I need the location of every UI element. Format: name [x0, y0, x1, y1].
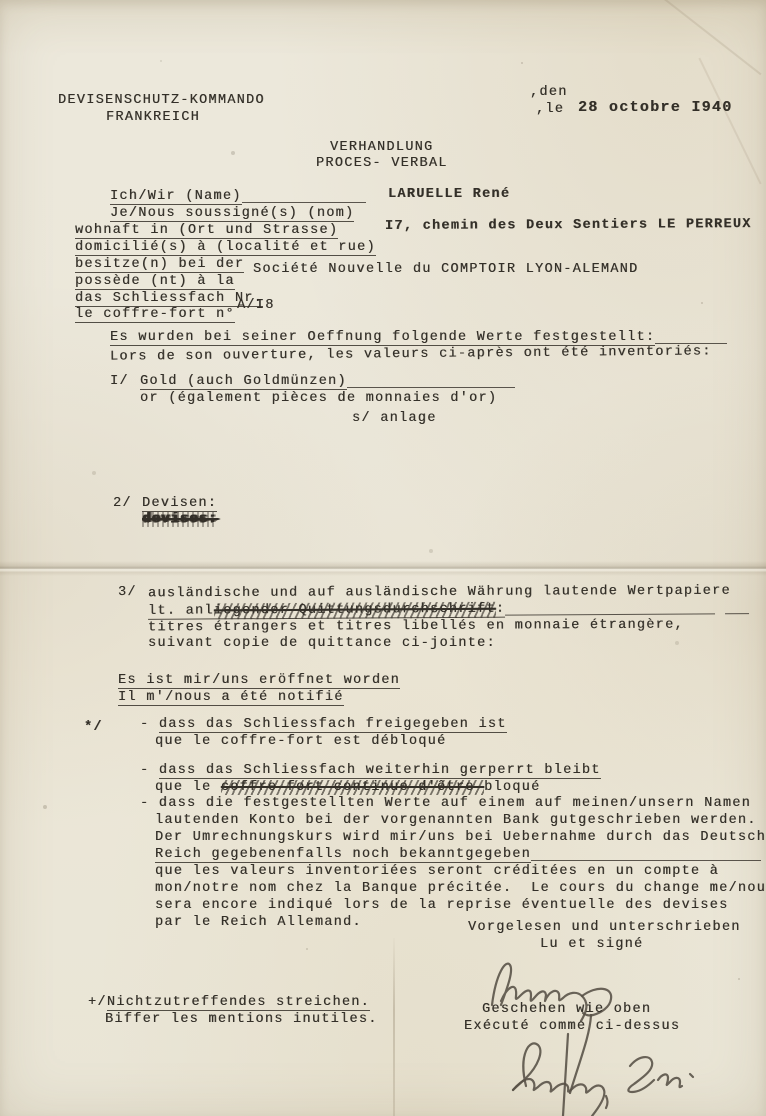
item-devisen-de: Devisen: — [142, 496, 217, 512]
footnote-de-wrap: +/Nichtzutreffendes streichen. — [88, 994, 370, 1011]
option-credit-fr-line1: que les valeurs inventoriées seront créd… — [155, 863, 719, 880]
item-gold-de: Gold (auch Goldmünzen) — [140, 374, 347, 390]
footnote-fr: Biffer les mentions inutiles. — [105, 1011, 378, 1028]
field-value-bank: Société Nouvelle du COMPTOIR LYON-ALEMAN… — [253, 261, 638, 278]
field-label-name-fr-wrap: Je/Nous soussigné(s) (nom) — [110, 205, 354, 222]
blank-underline — [531, 852, 761, 861]
field-label-bank-fr-wrap: possède (nt) à la — [75, 273, 235, 290]
blank-underline — [505, 605, 715, 615]
option-blocked-fr-struck: coffre-fort continue d'être — [221, 780, 484, 795]
option-credit-fr-line2: mon/notre nom chez la Banque précitée. L… — [155, 880, 766, 897]
date-label-de: ,den — [530, 84, 568, 101]
option-credit-de-line4: Reich gegebenenfalls noch bekanntgegeben — [155, 847, 531, 863]
securities-line2-prefix: lt. anl — [148, 603, 214, 619]
document-page: DEVISENSCHUTZ-KOMMANDO FRANKREICH ,den ,… — [0, 0, 766, 1116]
document-title-fr: PROCES- VERBAL — [316, 155, 448, 172]
option-blocked-fr-suffix: bloqué — [484, 780, 540, 795]
margin-marker: */ — [84, 719, 103, 736]
field-label-address-de: wohnaft in (Ort und Strasse) — [75, 223, 338, 239]
notification-fr-wrap: Il m'/nous a été notifié — [118, 689, 344, 706]
signature-official — [480, 1032, 720, 1116]
document-title-de: VERHANDLUNG — [330, 139, 433, 156]
securities-line2-colon: : — [496, 602, 506, 618]
option-blocked-de-wrap: - dass das Schliessfach weiterhin gerper… — [140, 762, 601, 779]
field-label-bank-fr: possède (nt) à la — [75, 274, 235, 290]
item-securities-fr-line2: suivant copie de quittance ci-jointe: — [148, 635, 496, 652]
field-label-name: Ich/Wir (Name) — [110, 188, 366, 205]
notification-de: Es ist mir/uns eröffnet worden — [118, 673, 400, 689]
option-released-de-wrap: - dass das Schliessfach freigegeben ist — [140, 716, 507, 733]
org-name-line2: FRANKREICH — [106, 109, 200, 126]
item-devisen-fr-struck-wrap: devises: — [142, 511, 217, 528]
field-label-box-fr-wrap: le coffre-fort n° — [75, 306, 235, 323]
option-blocked-fr-prefix: que le — [155, 780, 221, 795]
date-label-fr: ,le — [536, 101, 564, 118]
option-released-de: dass das Schliessfach freigegeben ist — [159, 717, 507, 733]
option-blocked-dash: - — [140, 763, 159, 778]
field-label-bank-de-wrap: besitze(n) bei der — [75, 256, 244, 273]
footnote-de: Nichtzutreffendes streichen. — [107, 995, 370, 1011]
field-label-box-de: das Schliessfach Nr. — [75, 291, 263, 307]
item-gold-de-wrap: Gold (auch Goldmünzen) — [140, 373, 515, 390]
notification-de-wrap: Es ist mir/uns eröffnet worden — [118, 672, 400, 689]
document-date: 28 octobre I940 — [578, 99, 733, 116]
blank-underline — [242, 194, 366, 203]
field-label-address-fr-wrap: domicilié(s) à (localité et rue) — [75, 239, 376, 256]
option-released-dash: - — [140, 717, 159, 732]
notification-fr: Il m'/nous a été notifié — [118, 690, 344, 706]
blank-underline — [347, 379, 515, 388]
field-value-box-number: A/I8 — [237, 297, 275, 314]
item-securities-number: 3/ — [118, 584, 137, 601]
option-credit-de-line2: lautenden Konto bei der vorgenannten Ban… — [155, 812, 757, 829]
item-gold-number: I/ — [110, 373, 129, 390]
field-label-address-de-wrap: wohnaft in (Ort und Strasse) — [75, 222, 338, 239]
item-devisen-fr-struck: devises: — [142, 512, 217, 527]
read-signed-de: Vorgelesen und unterschrieben — [468, 919, 741, 936]
opening-statement-fr: Lors de son ouverture, les valeurs ci-ap… — [110, 343, 712, 365]
executed-de: Geschehen wie oben — [482, 1001, 651, 1018]
org-name-line1: DEVISENSCHUTZ-KOMMANDO — [58, 92, 265, 109]
item-devisen-number: 2/ — [113, 495, 132, 512]
item-securities-fr-line1: titres étrangers et titres libellés en m… — [148, 617, 684, 637]
option-blocked-de: dass das Schliessfach weiterhin gerperrt… — [159, 763, 601, 779]
field-label-box-de-wrap: das Schliessfach Nr. — [75, 290, 263, 307]
option-released-fr: que le coffre-fort est débloqué — [155, 733, 446, 750]
field-value-address: I7, chemin des Deux Sentiers LE PERREUX — [385, 216, 752, 235]
paper-crease-diagonal — [618, 0, 761, 75]
field-label-box-fr: le coffre-fort n° — [75, 307, 235, 323]
field-value-name: LARUELLE René — [388, 186, 510, 203]
option-credit-de-line4-wrap: Reich gegebenenfalls noch bekanntgegeben — [155, 846, 761, 863]
field-label-address-fr: domicilié(s) à (localité et rue) — [75, 240, 376, 256]
option-credit-de-line1: - dass die festgestellten Werte auf eine… — [140, 795, 751, 812]
item-devisen-de-wrap: Devisen: — [142, 495, 217, 512]
paper-specks — [0, 0, 2, 2]
footnote-marker: +/ — [88, 995, 107, 1010]
paper-crease-vertical — [393, 938, 395, 1116]
option-credit-de-line3: Der Umrechnungskurs wird mir/uns bei Ueb… — [155, 829, 766, 846]
option-credit-fr-line3: sera encore indiqué lors de la reprise é… — [155, 897, 728, 914]
paper-crease-diagonal — [698, 58, 761, 185]
paper-fold-crease — [0, 561, 766, 576]
blank-underline — [725, 605, 749, 614]
annex-note: s/ anlage — [352, 410, 437, 427]
option-blocked-fr: que le coffre-fort continue d'être bloqu… — [155, 779, 540, 796]
securities-line2-struck: iegender Quittungsdurchschrift — [214, 602, 496, 620]
field-label-name-fr: Je/Nous soussigné(s) (nom) — [110, 206, 354, 222]
item-gold-fr: or (également pièces de monnaies d'or) — [140, 390, 497, 407]
option-credit-fr-line4: par le Reich Allemand. — [155, 914, 362, 931]
field-label-name-de: Ich/Wir (Name) — [110, 189, 242, 205]
field-label-bank-de: besitze(n) bei der — [75, 257, 244, 273]
